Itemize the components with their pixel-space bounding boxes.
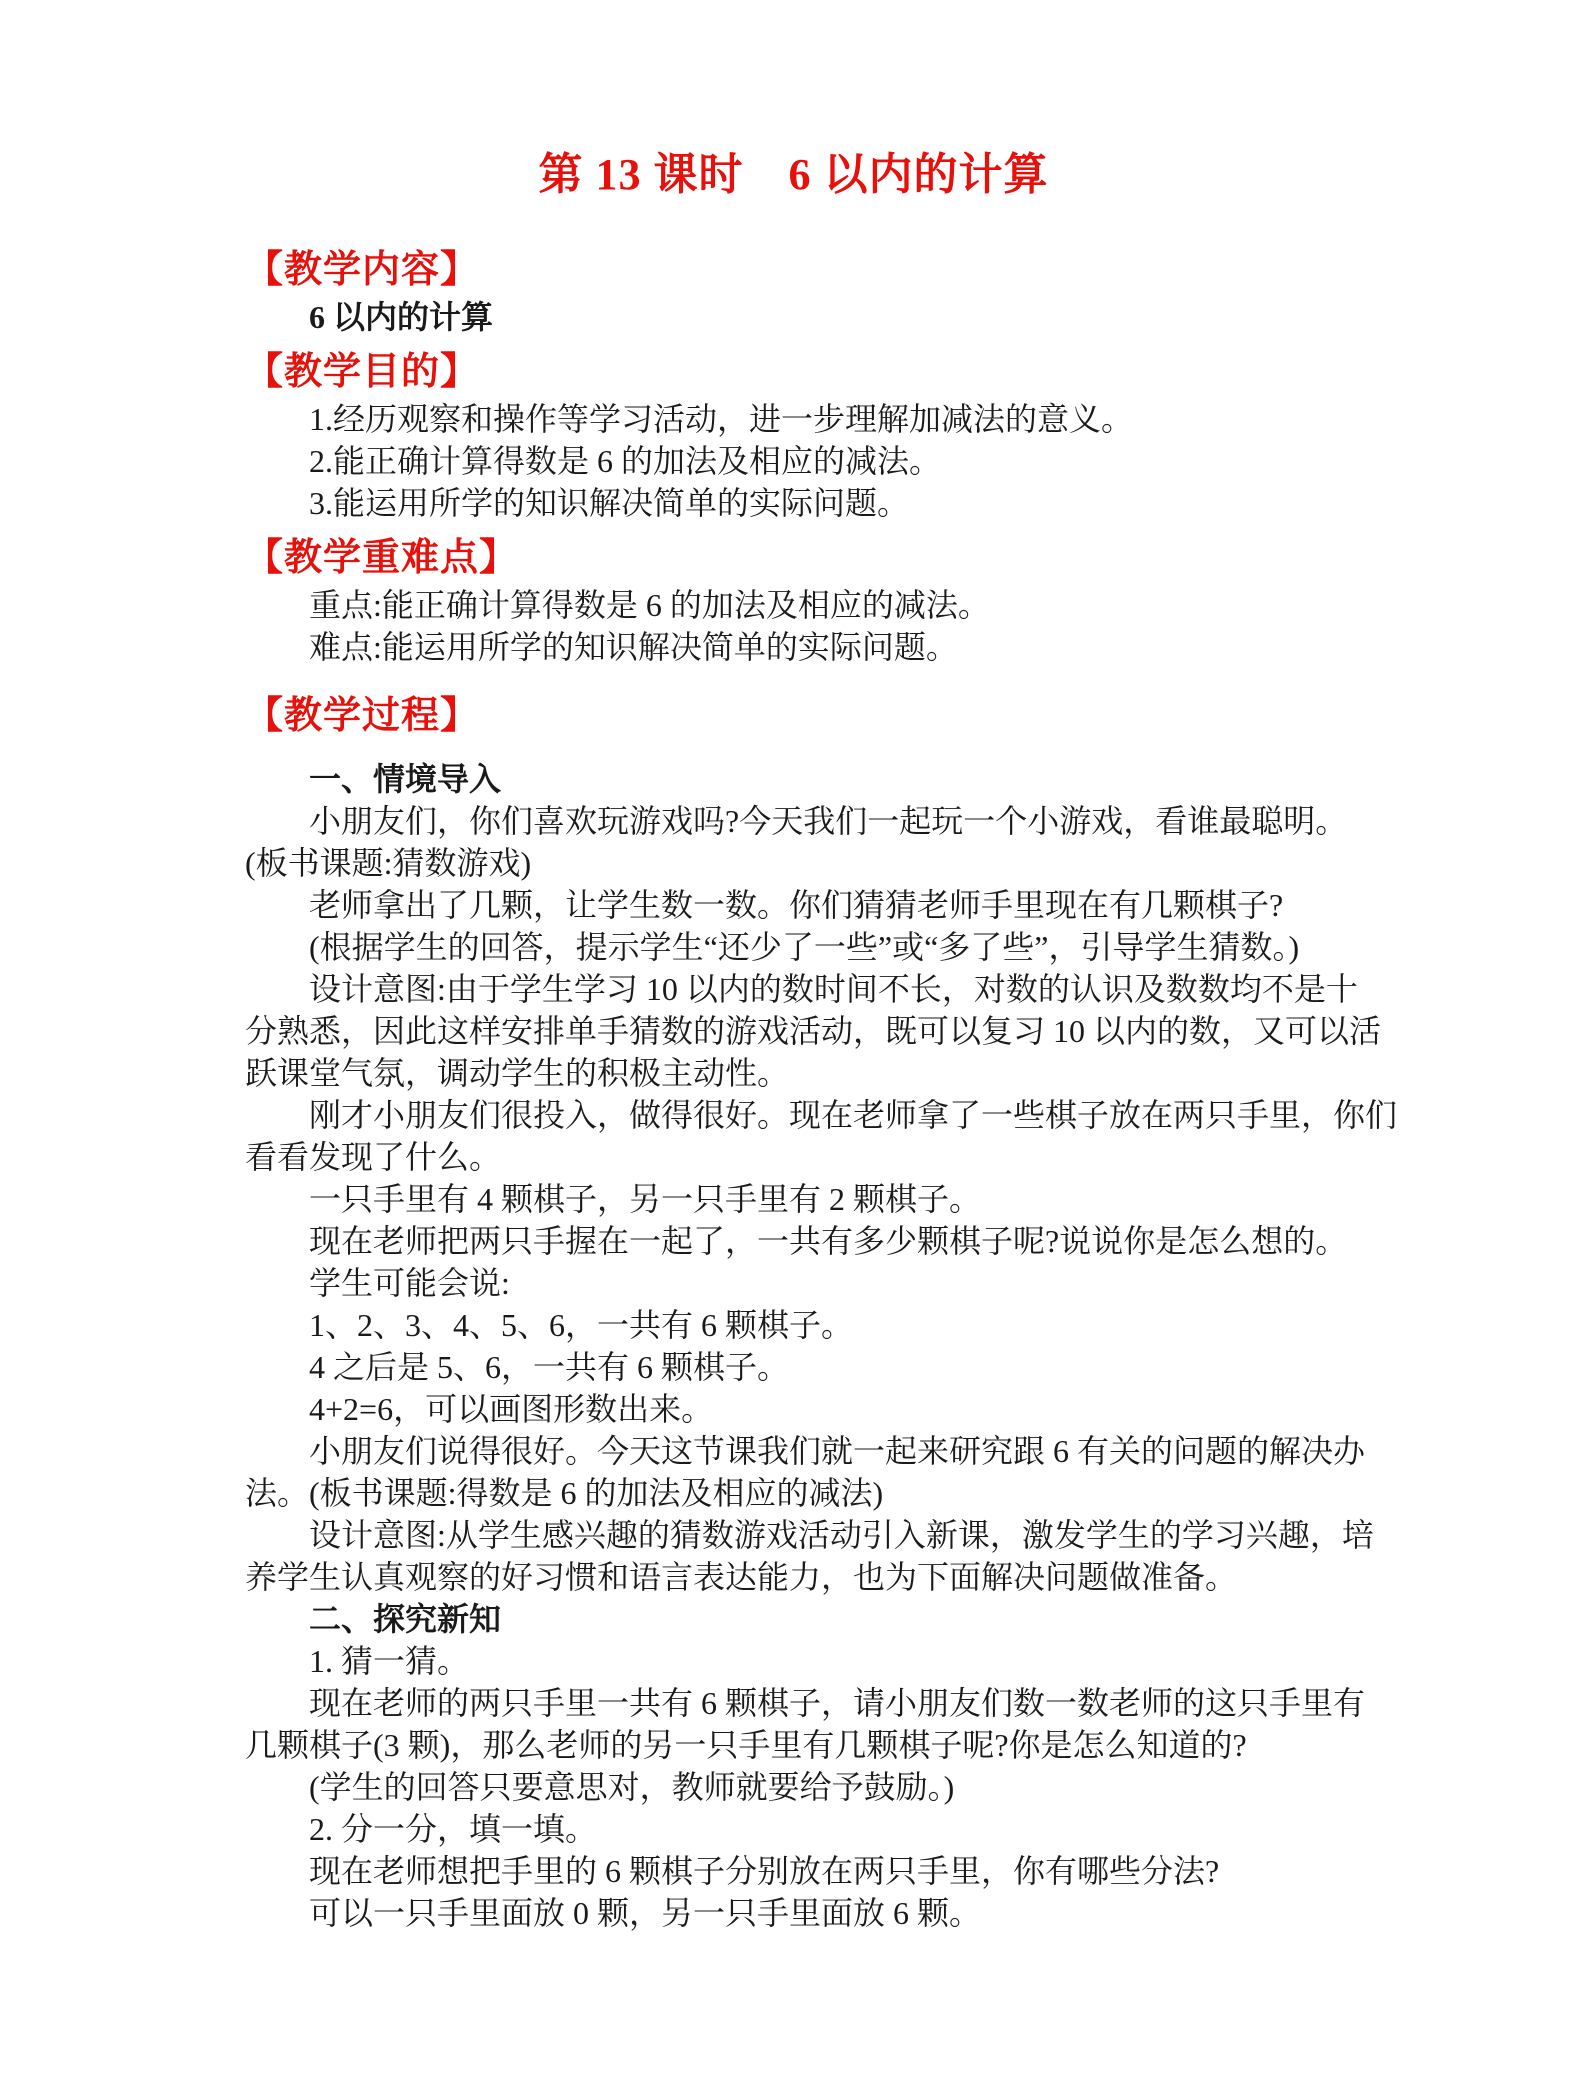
- lesson-plan-page: 第 13 课时 6 以内的计算【教学内容】6 以内的计算【教学目的】1.经历观察…: [0, 0, 1587, 2081]
- document-line: 1、2、3、4、5、6，一共有 6 颗棋子。: [0, 1304, 1587, 1346]
- document-line: 3.能运用所学的知识解决简单的实际问题。: [0, 482, 1587, 524]
- document-line: 分熟悉，因此这样安排单手猜数的游戏活动，既可以复习 10 以内的数，又可以活: [0, 1010, 1587, 1052]
- document-line: (根据学生的回答，提示学生“还少了一些”或“多了些”，引导学生猜数。): [0, 926, 1587, 968]
- document-line: 跃课堂气氛，调动学生的积极主动性。: [0, 1052, 1587, 1094]
- page-title: 第 13 课时 6 以内的计算: [0, 145, 1587, 205]
- document-line: 设计意图:从学生感兴趣的猜数游戏活动引入新课，激发学生的学习兴趣，培: [0, 1514, 1587, 1556]
- document-line: 难点:能运用所学的知识解决简单的实际问题。: [0, 626, 1587, 668]
- document-line: 刚才小朋友们很投入，做得很好。现在老师拿了一些棋子放在两只手里，你们: [0, 1094, 1587, 1136]
- document-line: 6 以内的计算: [0, 296, 1587, 338]
- document-line: 4+2=6，可以画图形数出来。: [0, 1388, 1587, 1430]
- document-line: 现在老师的两只手里一共有 6 颗棋子，请小朋友们数一数老师的这只手里有: [0, 1682, 1587, 1724]
- section-heading: 【教学目的】: [0, 346, 1587, 398]
- document-line: 1. 猜一猜。: [0, 1640, 1587, 1682]
- document-line: 现在老师想把手里的 6 颗棋子分别放在两只手里，你有哪些分法?: [0, 1850, 1587, 1892]
- document-line: 设计意图:由于学生学习 10 以内的数时间不长，对数的认识及数数均不是十: [0, 968, 1587, 1010]
- document-line: 老师拿出了几颗，让学生数一数。你们猜猜老师手里现在有几颗棋子?: [0, 884, 1587, 926]
- document-line: 小朋友们，你们喜欢玩游戏吗?今天我们一起玩一个小游戏，看谁最聪明。: [0, 800, 1587, 842]
- document-line: 重点:能正确计算得数是 6 的加法及相应的减法。: [0, 584, 1587, 626]
- document-line: 一、情境导入: [0, 758, 1587, 800]
- document-line: (学生的回答只要意思对，教师就要给予鼓励。): [0, 1766, 1587, 1808]
- document-line: (板书课题:猜数游戏): [0, 842, 1587, 884]
- document-line: 二、探究新知: [0, 1598, 1587, 1640]
- document-line: 学生可能会说:: [0, 1262, 1587, 1304]
- document-line: 可以一只手里面放 0 颗，另一只手里面放 6 颗。: [0, 1892, 1587, 1934]
- section-heading: 【教学过程】: [0, 690, 1587, 742]
- document-line: 2. 分一分，填一填。: [0, 1808, 1587, 1850]
- document-body: 第 13 课时 6 以内的计算【教学内容】6 以内的计算【教学目的】1.经历观察…: [0, 145, 1587, 1934]
- document-line: 一只手里有 4 颗棋子，另一只手里有 2 颗棋子。: [0, 1178, 1587, 1220]
- section-heading: 【教学内容】: [0, 244, 1587, 296]
- document-line: 看看发现了什么。: [0, 1136, 1587, 1178]
- document-line: 法。(板书课题:得数是 6 的加法及相应的减法): [0, 1472, 1587, 1514]
- section-heading: 【教学重难点】: [0, 532, 1587, 584]
- document-line: 几颗棋子(3 颗)，那么老师的另一只手里有几颗棋子呢?你是怎么知道的?: [0, 1724, 1587, 1766]
- document-line: 1.经历观察和操作等学习活动，进一步理解加减法的意义。: [0, 398, 1587, 440]
- document-line: 养学生认真观察的好习惯和语言表达能力，也为下面解决问题做准备。: [0, 1556, 1587, 1598]
- document-line: 小朋友们说得很好。今天这节课我们就一起来研究跟 6 有关的问题的解决办: [0, 1430, 1587, 1472]
- document-line: 4 之后是 5、6，一共有 6 颗棋子。: [0, 1346, 1587, 1388]
- document-line: 2.能正确计算得数是 6 的加法及相应的减法。: [0, 440, 1587, 482]
- document-line: 现在老师把两只手握在一起了，一共有多少颗棋子呢?说说你是怎么想的。: [0, 1220, 1587, 1262]
